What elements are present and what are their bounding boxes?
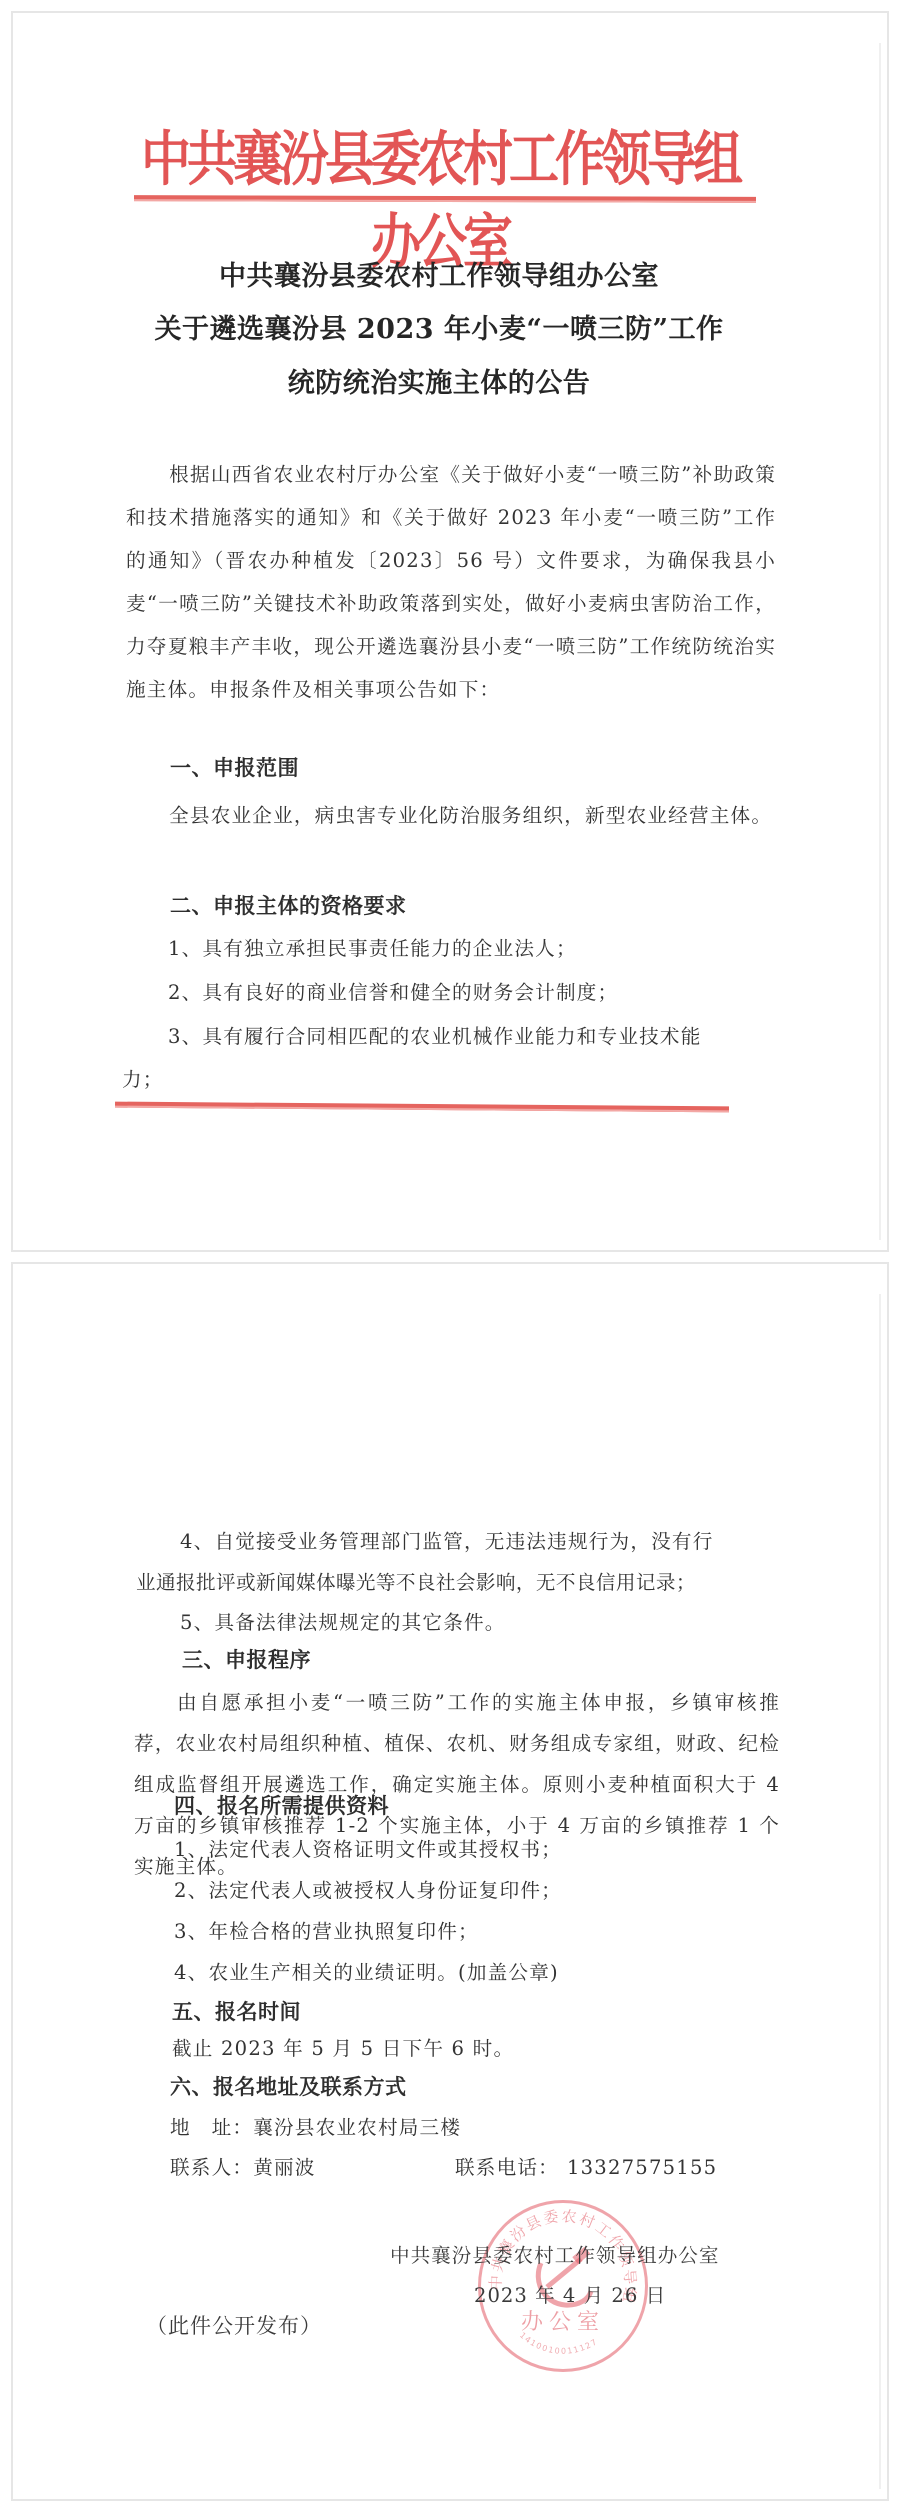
requirement-item-3-line-1: 3、具有履行合同相匹配的农业机械作业能力和专业技术能 <box>168 1020 702 1049</box>
section-3-heading: 三、申报程序 <box>182 1644 311 1674</box>
page-edge <box>879 1294 881 2489</box>
section-1-body: 全县农业企业，病虫害专业化防治服务组织，新型农业经营主体。 <box>126 794 776 837</box>
title-line-1: 中共襄汾县委农村工作领导组办公室 <box>0 254 878 293</box>
section-2-heading: 二、申报主体的资格要求 <box>170 890 407 920</box>
section-6-heading: 六、报名地址及联系方式 <box>170 2071 407 2101</box>
requirement-item-4-line-1: 4、自觉接受业务管理部门监管，无违法违规行为，没有行 <box>180 1525 714 1554</box>
material-item-1: 1、法定代表人资格证明文件或其授权书； <box>174 1833 562 1862</box>
deadline-text: 截止 2023 年 5 月 5 日下午 6 时。 <box>172 2032 514 2061</box>
requirement-item-3-line-2: 力； <box>122 1063 164 1092</box>
contact-row: 联系人：黄丽波 <box>170 2151 316 2180</box>
signature-date: 2023 年 4 月 26 日 <box>474 2279 666 2308</box>
requirement-item-2: 2、具有良好的商业信誉和健全的财务会计制度； <box>168 976 618 1005</box>
phone-value: 13327575155 <box>567 2156 717 2179</box>
requirement-item-5: 5、具备法律法规规定的其它条件。 <box>180 1606 506 1635</box>
requirement-item-1: 1、具有独立承担民事责任能力的企业法人； <box>168 932 577 961</box>
title-line-3: 统防统治实施主体的公告 <box>0 361 878 400</box>
requirement-item-4-line-2: 业通报批评或新闻媒体曝光等不良社会影响，无不良信用记录； <box>136 1566 696 1595</box>
material-item-4: 4、农业生产相关的业绩证明。(加盖公章) <box>174 1956 559 1985</box>
public-release-note: （此件公开发布） <box>146 2310 322 2340</box>
address-row: 地 址：襄汾县农业农村局三楼 <box>170 2111 461 2140</box>
section-4-heading: 四、报名所需提供资料 <box>174 1790 389 1820</box>
contact-label: 联系人： <box>170 2156 253 2179</box>
red-letterhead: 中共襄汾县委农村工作领导组办公室 <box>134 118 746 201</box>
section-1-heading: 一、申报范围 <box>170 752 299 782</box>
address-label: 地 址： <box>170 2116 253 2139</box>
section-5-heading: 五、报名时间 <box>172 1996 301 2026</box>
material-item-3: 3、年检合格的营业执照复印件； <box>174 1915 479 1944</box>
intro-paragraph: 根据山西省农业农村厅办公室《关于做好小麦“一喷三防”补助政策和技术措施落实的通知… <box>126 453 776 711</box>
material-item-2: 2、法定代表人或被授权人身份证复印件； <box>174 1874 562 1903</box>
title-line-2: 关于遴选襄汾县 2023 年小麦“一喷三防”工作 <box>0 307 878 346</box>
signature-org: 中共襄汾县委农村工作领导组办公室 <box>390 2239 720 2268</box>
address-value: 襄汾县农业农村局三楼 <box>253 2116 461 2139</box>
page-edge <box>879 43 881 1240</box>
contact-value: 黄丽波 <box>253 2156 315 2179</box>
phone-row: 联系电话：13327575155 <box>455 2151 717 2180</box>
phone-label: 联系电话： <box>455 2156 559 2179</box>
